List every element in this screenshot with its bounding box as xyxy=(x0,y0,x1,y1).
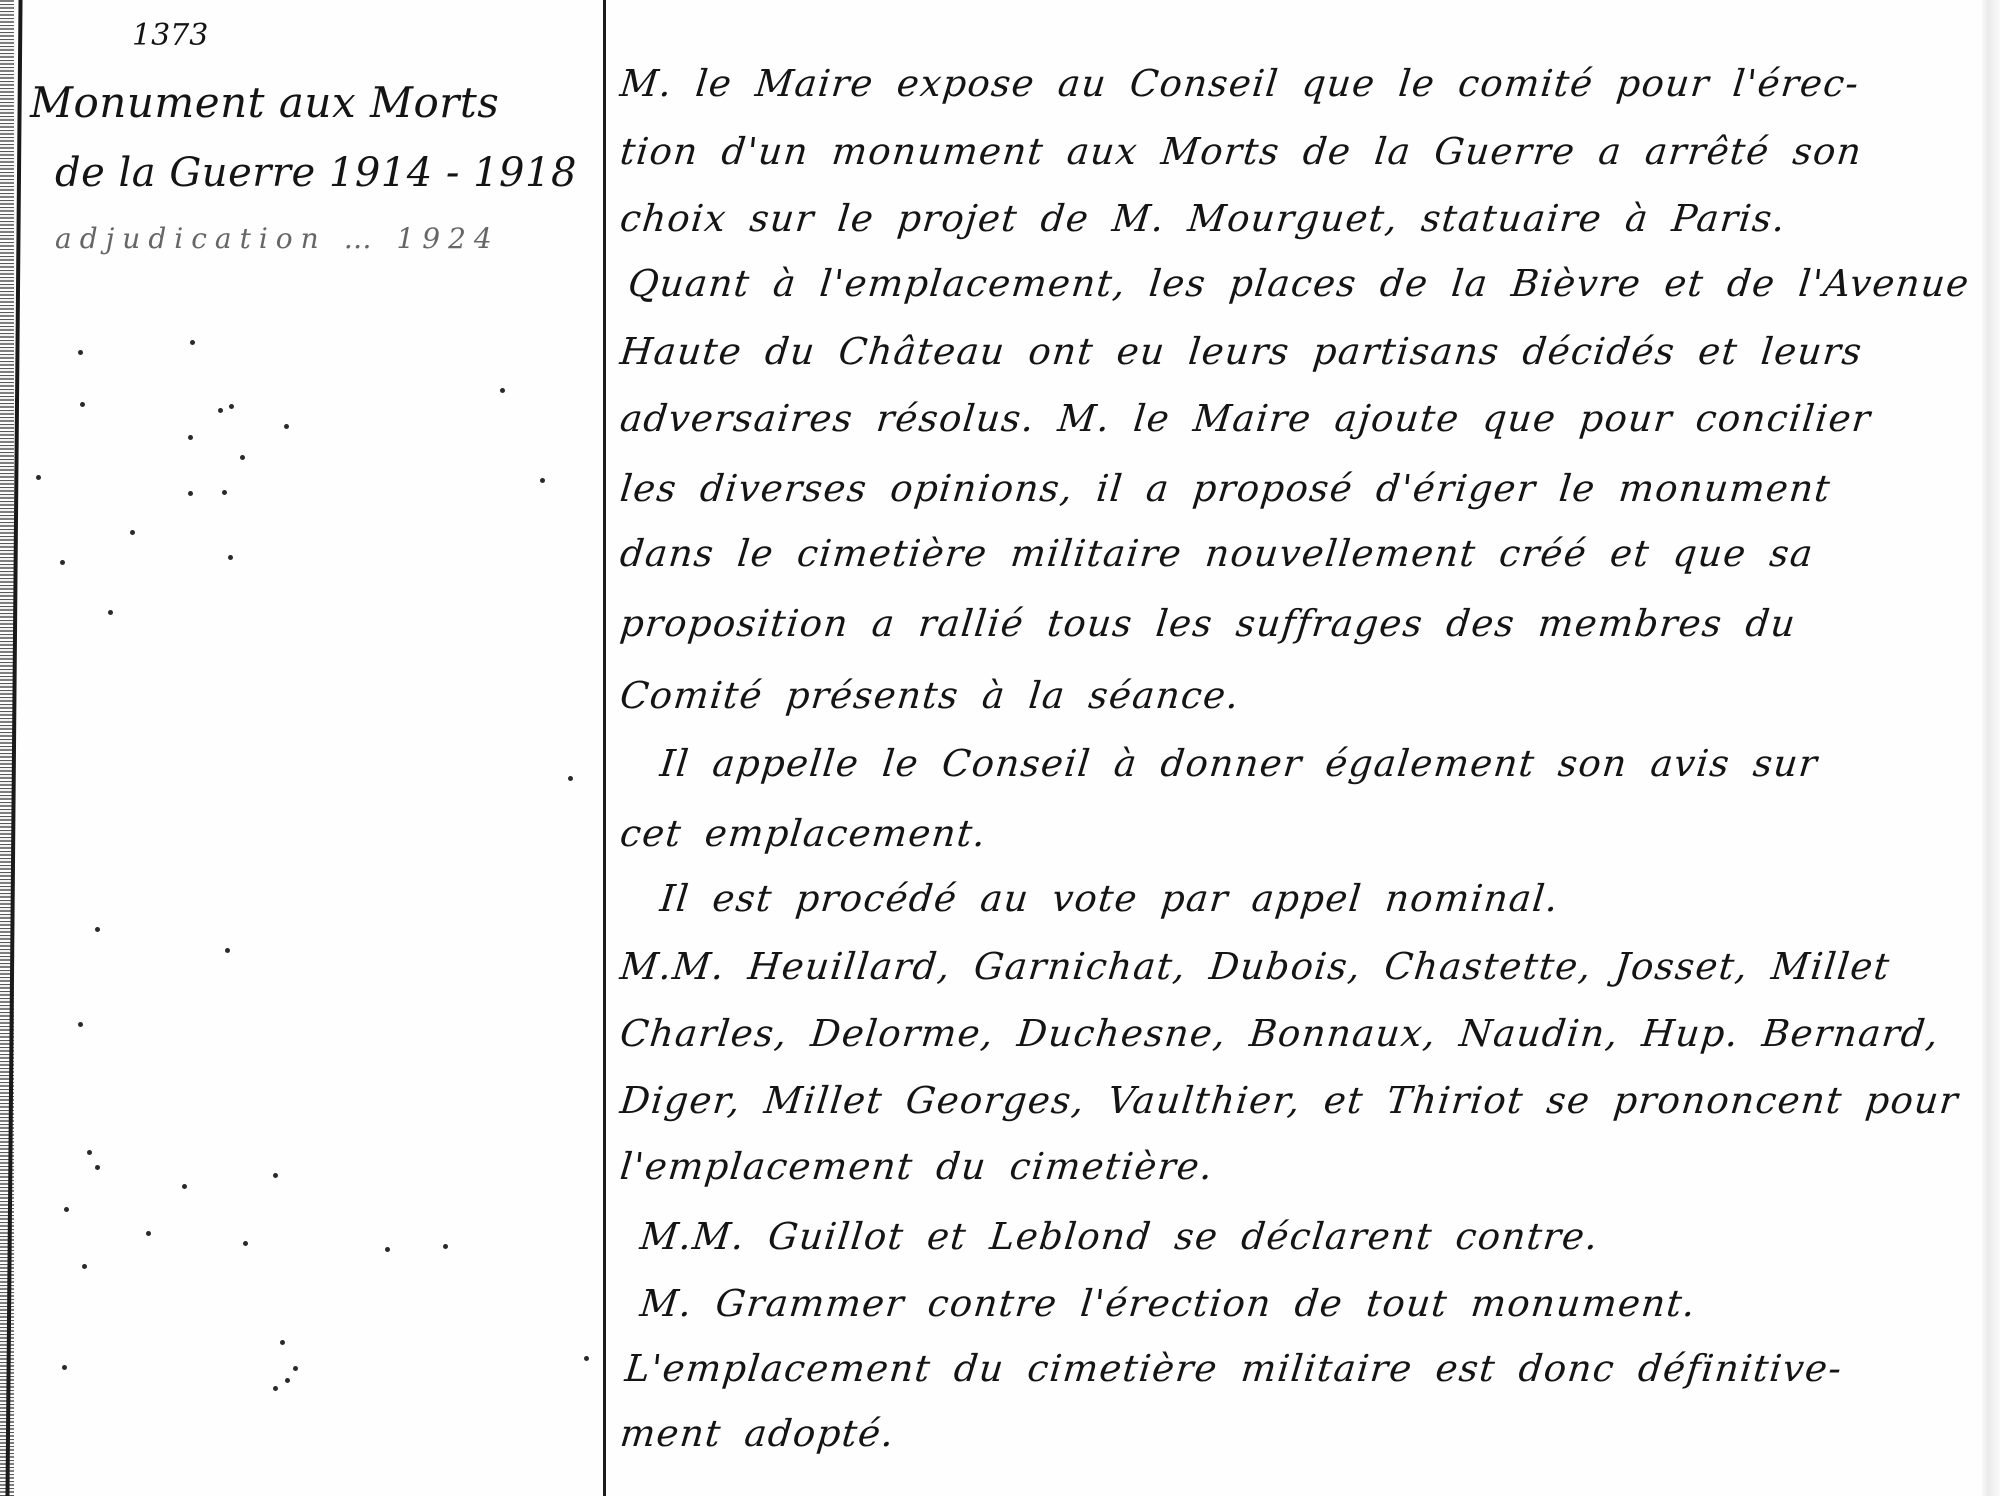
text-line: Charles, Delorme, Duchesne, Bonnaux, Nau… xyxy=(618,1012,1942,1055)
scan-speck xyxy=(64,1207,69,1212)
scan-speck xyxy=(222,490,227,495)
text-line: proposition a rallié tous les suffrages … xyxy=(618,602,1798,645)
text-line: Comité présents à la séance. xyxy=(618,674,1242,717)
scan-speck xyxy=(78,350,83,355)
scan-speck xyxy=(87,1150,92,1155)
text-line: ment adopté. xyxy=(618,1412,897,1455)
scan-speck xyxy=(60,560,65,565)
text-line: Haute du Château ont eu leurs partisans … xyxy=(618,330,1865,373)
text-line: M. Grammer contre l'érection de tout mon… xyxy=(638,1282,1698,1325)
scan-speck xyxy=(188,435,193,440)
folio-number: 1373 xyxy=(132,18,208,53)
scan-speck xyxy=(540,478,545,483)
scan-speck xyxy=(273,1173,278,1178)
text-line: Il est procédé au vote par appel nominal… xyxy=(658,877,1561,920)
scan-speck xyxy=(95,927,100,932)
scan-speck xyxy=(285,1378,290,1383)
scan-speck xyxy=(225,948,230,953)
text-line: adversaires résolus. M. le Maire ajoute … xyxy=(618,397,1873,440)
text-line: M.M. Guillot et Leblond se déclarent con… xyxy=(638,1215,1601,1258)
text-line: tion d'un monument aux Morts de la Guerr… xyxy=(618,130,1865,173)
scan-speck xyxy=(146,1231,151,1236)
scan-speck xyxy=(95,1165,100,1170)
scan-speck xyxy=(243,1241,248,1246)
scan-speck xyxy=(228,555,233,560)
scan-speck xyxy=(293,1366,298,1371)
scan-speck xyxy=(568,776,573,781)
scan-speck xyxy=(584,1356,589,1361)
text-line: dans le cimetière militaire nouvellement… xyxy=(618,532,1816,575)
margin-heading-line-1: Monument aux Morts xyxy=(30,78,499,127)
text-line: M.M. Heuillard, Garnichat, Dubois, Chast… xyxy=(618,945,1892,988)
scan-speck xyxy=(218,408,223,413)
margin-heading-line-2: de la Guerre 1914 - 1918 xyxy=(55,150,577,196)
text-line: M. le Maire expose au Conseil que le com… xyxy=(618,62,1862,105)
scan-speck xyxy=(500,388,505,393)
scan-speck xyxy=(280,1340,285,1345)
text-line: L'emplacement du cimetière militaire est… xyxy=(623,1347,1845,1390)
text-line: cet emplacement. xyxy=(618,812,989,855)
page-edge-shadow xyxy=(1980,0,2000,1496)
scan-speck xyxy=(240,455,245,460)
text-line: les diverses opinions, il a proposé d'ér… xyxy=(618,467,1833,510)
scan-speck xyxy=(229,404,234,409)
scan-speck xyxy=(190,340,195,345)
scan-speck xyxy=(273,1386,278,1391)
margin-rule xyxy=(603,0,606,1496)
scan-speck xyxy=(188,491,193,496)
scan-speck xyxy=(78,1022,83,1027)
register-page: 1373 Monument aux Morts de la Guerre 191… xyxy=(0,0,2000,1496)
text-line: Il appelle le Conseil à donner également… xyxy=(658,742,1820,785)
scan-speck xyxy=(443,1244,448,1249)
scan-speck xyxy=(62,1365,67,1370)
scan-speck xyxy=(80,402,85,407)
scan-speck xyxy=(130,530,135,535)
scan-speck xyxy=(108,610,113,615)
scan-speck xyxy=(385,1247,390,1252)
text-line: Quant à l'emplacement, les places de la … xyxy=(626,262,1972,305)
scan-speck xyxy=(182,1184,187,1189)
scan-speck xyxy=(284,424,289,429)
margin-faint-annotation: adjudication … 1924 xyxy=(55,222,500,255)
text-line: Diger, Millet Georges, Vaulthier, et Thi… xyxy=(618,1079,1961,1122)
scan-speck xyxy=(82,1264,87,1269)
text-line: choix sur le projet de M. Mourguet, stat… xyxy=(618,197,1788,240)
scan-speck xyxy=(36,475,41,480)
text-line: l'emplacement du cimetière. xyxy=(618,1145,1216,1188)
